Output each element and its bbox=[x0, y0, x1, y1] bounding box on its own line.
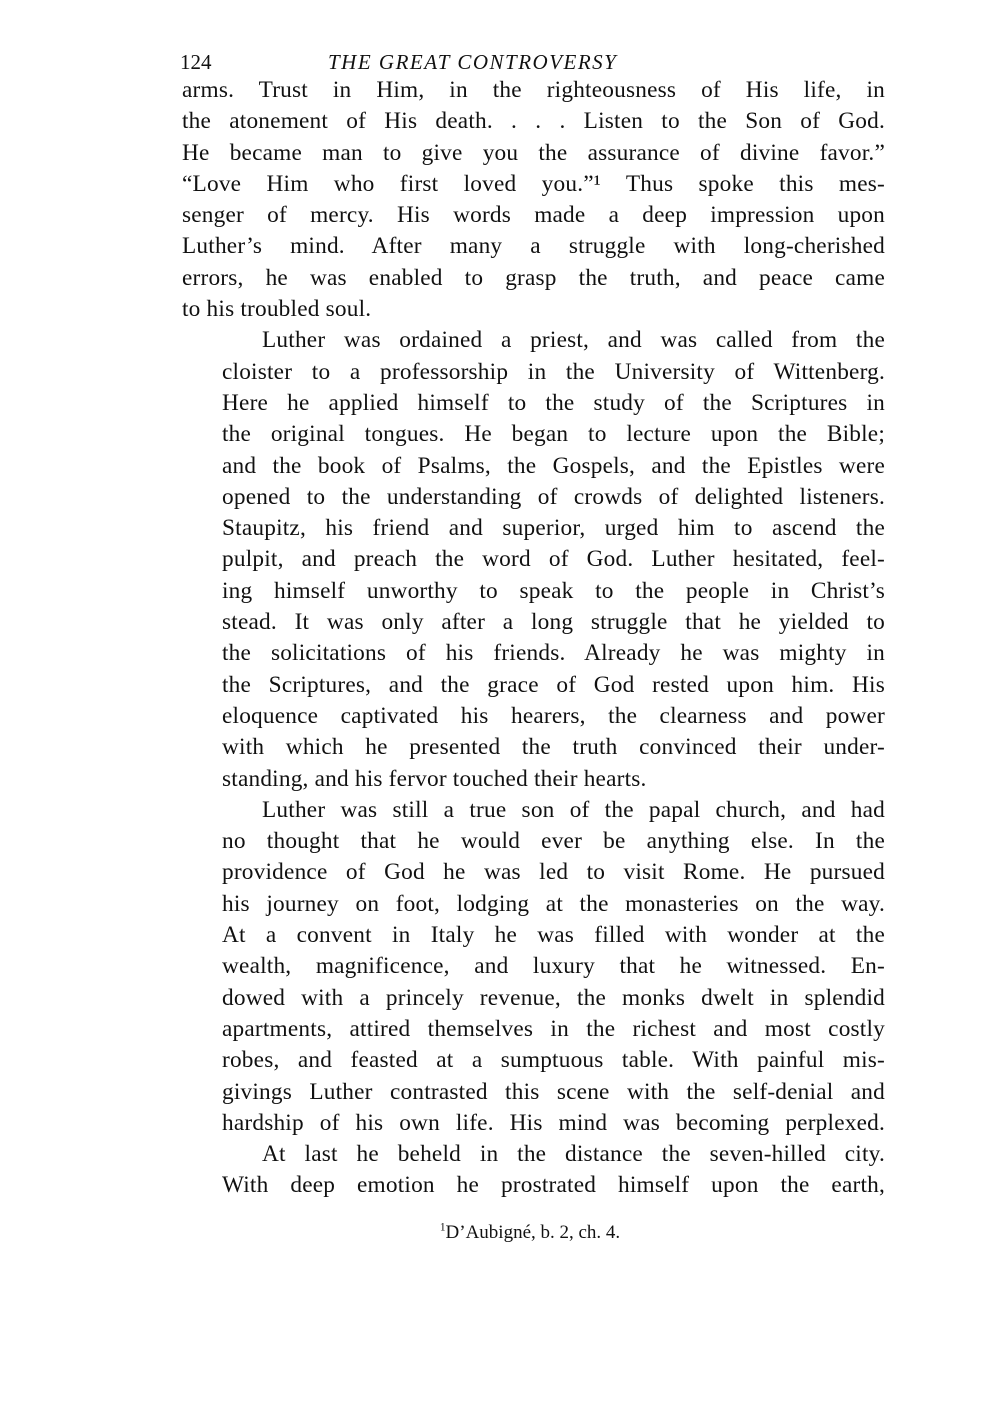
text-line: hardship of his own life. His mind was b… bbox=[182, 1108, 885, 1139]
text-line: Luther was still a true son of the papal… bbox=[182, 795, 885, 826]
book-page: 124 THE GREAT CONTROVERSY arms. Trust in… bbox=[0, 0, 1000, 1406]
text-line: “Love Him who first loved you.”¹ Thus sp… bbox=[182, 169, 885, 200]
text-line: robes, and feasted at a sumptuous table.… bbox=[182, 1045, 885, 1076]
page-number: 124 bbox=[180, 50, 212, 75]
text-line: the solicitations of his friends. Alread… bbox=[182, 638, 885, 669]
text-line: cloister to a professorship in the Unive… bbox=[182, 357, 885, 388]
footnote-text: D’Aubigné, b. 2, ch. 4. bbox=[446, 1222, 621, 1243]
text-line: opened to the understanding of crowds of… bbox=[182, 482, 885, 513]
body-text: arms. Trust in Him, in the righteousness… bbox=[182, 75, 885, 1202]
text-line: wealth, magnificence, and luxury that he… bbox=[182, 951, 885, 982]
text-line: dowed with a princely revenue, the monks… bbox=[182, 983, 885, 1014]
text-line: He became man to give you the assurance … bbox=[182, 138, 885, 169]
text-line: errors, he was enabled to grasp the trut… bbox=[182, 263, 885, 294]
footnote: 1D’Aubigné, b. 2, ch. 4. bbox=[0, 1222, 1000, 1244]
text-line: At last he beheld in the distance the se… bbox=[182, 1139, 885, 1170]
text-line: his journey on foot, lodging at the mona… bbox=[182, 889, 885, 920]
text-line: ing himself unworthy to speak to the peo… bbox=[182, 576, 885, 607]
text-line: Luther’s mind. After many a struggle wit… bbox=[182, 231, 885, 262]
text-line: with which he presented the truth convin… bbox=[182, 732, 885, 763]
paragraph-4: At last he beheld in the distance the se… bbox=[182, 1139, 885, 1202]
text-line: stead. It was only after a long struggle… bbox=[182, 607, 885, 638]
text-line: Staupitz, his friend and superior, urged… bbox=[182, 513, 885, 544]
text-line: the atonement of His death. . . . Listen… bbox=[182, 106, 885, 137]
text-line: the Scriptures, and the grace of God res… bbox=[182, 670, 885, 701]
text-line: At a convent in Italy he was filled with… bbox=[182, 920, 885, 951]
text-line: apartments, attired themselves in the ri… bbox=[182, 1014, 885, 1045]
text-line: Luther was ordained a priest, and was ca… bbox=[182, 325, 885, 356]
text-line: arms. Trust in Him, in the righteousness… bbox=[182, 75, 885, 106]
text-line: standing, and his fervor touched their h… bbox=[182, 764, 885, 795]
text-line: givings Luther contrasted this scene wit… bbox=[182, 1077, 885, 1108]
text-line: pulpit, and preach the word of God. Luth… bbox=[182, 544, 885, 575]
text-line: providence of God he was led to visit Ro… bbox=[182, 857, 885, 888]
text-line: senger of mercy. His words made a deep i… bbox=[182, 200, 885, 231]
text-line: Here he applied himself to the study of … bbox=[182, 388, 885, 419]
paragraph-2: Luther was ordained a priest, and was ca… bbox=[182, 325, 885, 794]
paragraph-3: Luther was still a true son of the papal… bbox=[182, 795, 885, 1139]
text-line: and the book of Psalms, the Gospels, and… bbox=[182, 451, 885, 482]
running-title: THE GREAT CONTROVERSY bbox=[328, 50, 617, 75]
text-line: to his troubled soul. bbox=[182, 294, 885, 325]
text-line: With deep emotion he prostrated himself … bbox=[182, 1170, 885, 1201]
text-line: the original tongues. He began to lectur… bbox=[182, 419, 885, 450]
paragraph-1: arms. Trust in Him, in the righteousness… bbox=[182, 75, 885, 325]
text-line: no thought that he would ever be anythin… bbox=[182, 826, 885, 857]
text-line: eloquence captivated his hearers, the cl… bbox=[182, 701, 885, 732]
